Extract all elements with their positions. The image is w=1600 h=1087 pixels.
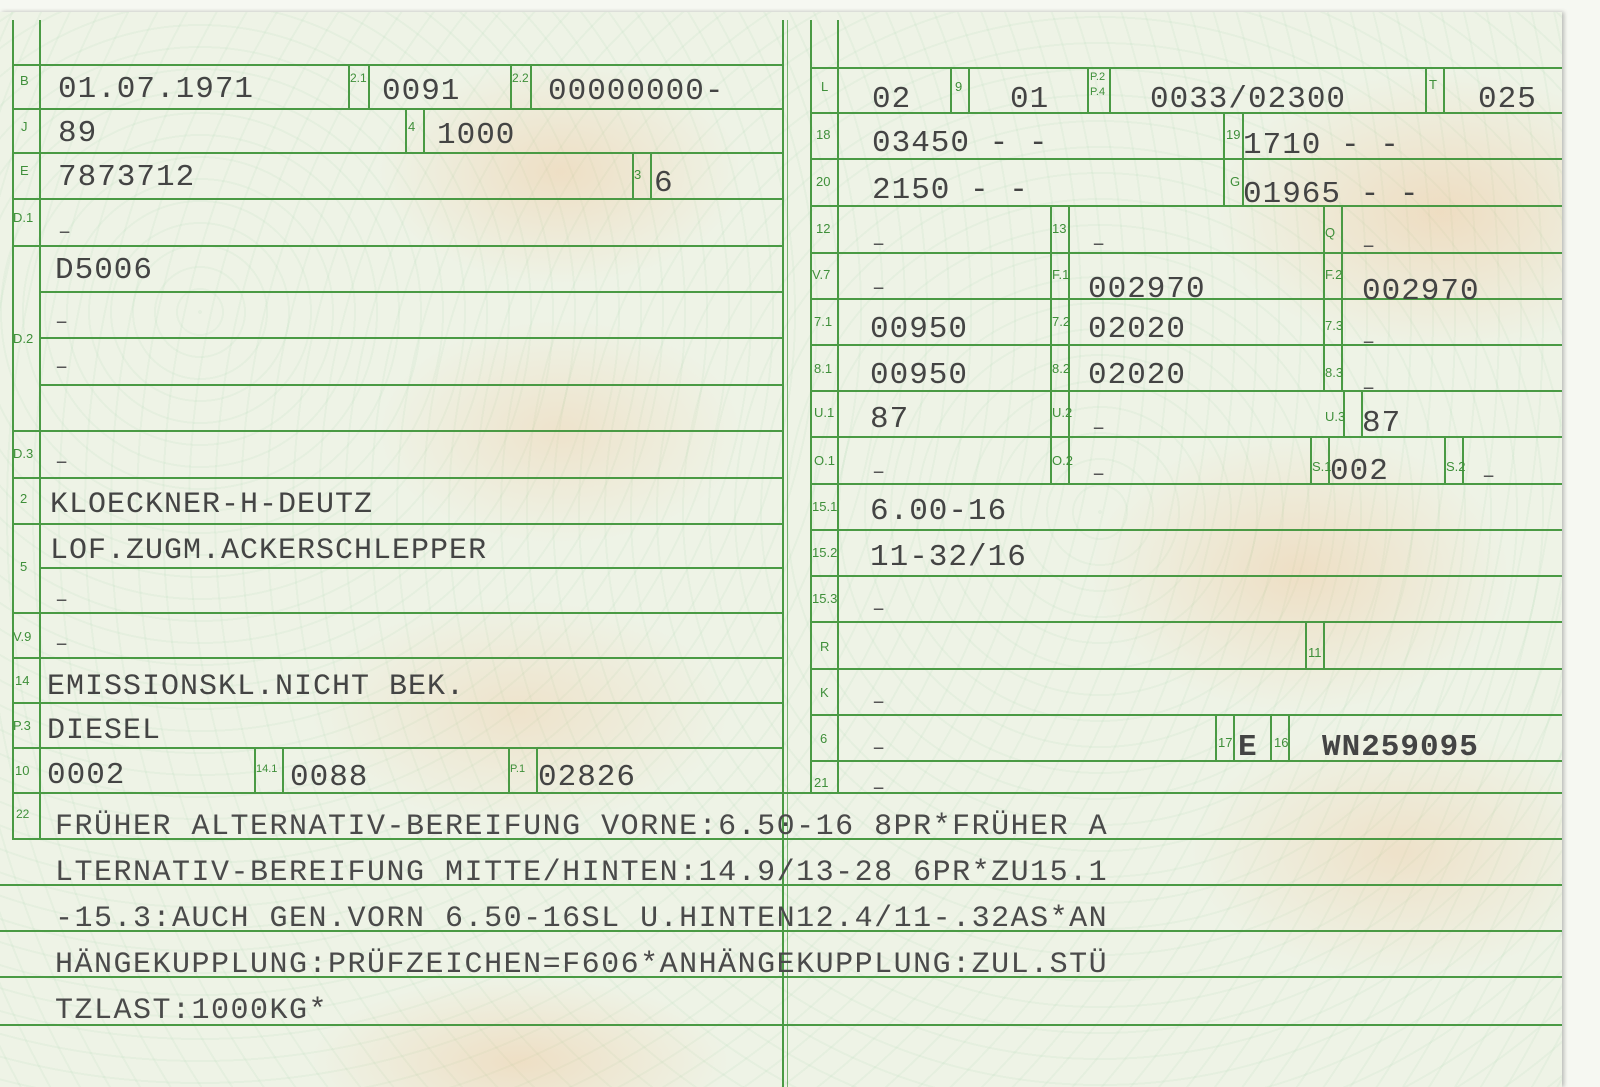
field-V7-co2: –: [872, 278, 885, 300]
field-S2-standing-places: –: [1482, 466, 1495, 488]
field-label-16: 16: [1274, 736, 1288, 749]
field-Q-power-weight: –: [1362, 236, 1375, 258]
field-T-max-speed: 025: [1478, 84, 1537, 115]
field-label-21: 21: [814, 776, 828, 789]
grid-line: [810, 483, 1562, 485]
grid-line: [837, 20, 839, 792]
grid-line: [1068, 205, 1070, 483]
grid-line: [12, 657, 782, 659]
grid-line: [12, 245, 782, 247]
field-F2-permissible-mass: 002970: [1362, 276, 1480, 307]
field-15-3-other-tyres: –: [872, 599, 885, 621]
field-label-2-2: 2.2: [512, 72, 529, 84]
grid-line: [650, 152, 652, 198]
field-14-1-emission-key: 0088: [290, 762, 368, 793]
grid-line: [810, 252, 1562, 254]
field-label-12: 12: [816, 222, 830, 235]
field-V9-emission-class: –: [55, 634, 68, 656]
field-O2-unbraked-trailer-load: –: [1092, 464, 1105, 486]
field-7-3-axle-load: –: [1362, 332, 1375, 354]
field-15-2-rear-tyres: 11-32/16: [870, 542, 1027, 573]
field-label-F2: F.2: [1325, 268, 1342, 281]
field-label-D2: D.2: [13, 332, 33, 345]
field-label-7-1: 7.1: [814, 315, 832, 328]
field-label-S1: S.1: [1312, 460, 1332, 473]
grid-line: [39, 384, 782, 386]
remarks-line-3: -15.3:AUCH GEN.VORN 6.50-16SL U.HINTEN12…: [55, 904, 1108, 934]
grid-line: [39, 792, 41, 838]
grid-line: [1305, 621, 1307, 668]
field-4-body-type: 1000: [437, 120, 515, 151]
field-label-9: 9: [955, 80, 962, 93]
field-label-D1: D.1: [13, 211, 33, 224]
grid-line: [12, 152, 782, 154]
field-label-8-1: 8.1: [814, 362, 832, 375]
field-P2-P4-power-rpm: 0033/02300: [1150, 84, 1346, 115]
field-label-G: G: [1230, 175, 1240, 188]
field-label-E: E: [20, 164, 29, 177]
field-U3-drive-noise: 87: [1362, 408, 1401, 439]
field-21-other-notes: –: [872, 778, 885, 800]
grid-line: [810, 436, 1562, 438]
field-label-P1: P.1: [510, 764, 525, 775]
field-8-2-axle-load: 02020: [1088, 360, 1186, 391]
grid-line: [810, 67, 1562, 69]
field-label-P4: P.4: [1090, 87, 1105, 98]
field-label-4: 4: [408, 120, 415, 133]
grid-line: [1425, 67, 1427, 112]
grid-line: [12, 20, 14, 815]
field-D3-trade-name: –: [55, 452, 68, 474]
grid-line: [1341, 205, 1343, 390]
field-S1-seats: 002: [1330, 456, 1389, 487]
field-label-V7: V.7: [812, 268, 830, 281]
field-P3-fuel-type: DIESEL: [47, 716, 161, 746]
field-7-2-axle-load: 02020: [1088, 314, 1186, 345]
grid-line: [810, 529, 1562, 531]
field-label-14: 14: [15, 674, 29, 687]
grid-line: [810, 668, 1562, 670]
grid-line: [282, 747, 284, 792]
field-label-10: 10: [15, 764, 29, 777]
field-5-vehicle-type-line-2: –: [55, 590, 68, 612]
grid-line: [12, 477, 782, 479]
field-label-14-1: 14.1: [256, 764, 277, 775]
field-10-emission-code: 0002: [47, 760, 125, 791]
field-label-13: 13: [1052, 222, 1066, 235]
field-2-2-type-code: 00000000-: [548, 76, 724, 107]
grid-line: [810, 20, 812, 792]
grid-line: [1443, 67, 1445, 112]
remarks-line-4: HÄNGEKUPPLUNG:PRÜFZEICHEN=F606*ANHÄNGEKU…: [55, 950, 1108, 980]
field-label-11: 11: [1308, 646, 1322, 659]
grid-line: [405, 108, 407, 152]
field-label-O1: O.1: [814, 454, 835, 467]
grid-line: [810, 714, 1562, 716]
field-L-axles: 02: [872, 84, 911, 115]
field-label-3: 3: [634, 168, 641, 181]
grid-line: [1087, 67, 1089, 112]
field-D2-version-line-3: –: [55, 357, 68, 379]
field-label-6: 6: [820, 732, 827, 745]
field-15-1-front-tyres: 6.00-16: [870, 496, 1007, 527]
field-P1-displacement: 02826: [538, 762, 636, 793]
field-5-vehicle-type-line-1: LOF.ZUGM.ACKERSCHLEPPER: [50, 536, 487, 566]
field-18-length: 03450 - -: [872, 128, 1048, 159]
field-20-height: 2150 - -: [872, 175, 1029, 206]
field-label-18: 18: [816, 128, 830, 141]
grid-line: [12, 430, 782, 432]
grid-line: [12, 64, 782, 66]
grid-line: [950, 67, 952, 112]
field-2-1-manufacturer-code: 0091: [382, 76, 460, 107]
grid-line: [530, 64, 532, 108]
field-17-approval-type: E: [1238, 732, 1258, 763]
field-G-empty-mass: 01965 - -: [1243, 179, 1419, 210]
remarks-line-1: FRÜHER ALTERNATIV-BEREIFUNG VORNE:6.50-1…: [55, 812, 1108, 842]
grid-line: [810, 621, 1562, 623]
field-label-V9: V.9: [13, 630, 31, 643]
field-label-Q: Q: [1325, 226, 1335, 239]
grid-line: [12, 523, 782, 525]
field-D1-make: –: [58, 222, 71, 244]
field-2-manufacturer: KLOECKNER-H-DEUTZ: [50, 490, 373, 520]
field-label-P2: P.2: [1090, 72, 1105, 83]
field-label-R: R: [820, 640, 829, 653]
field-E-vin: 7873712: [58, 162, 195, 193]
field-label-2: 2: [20, 492, 27, 505]
field-D2-type-line-1: D5006: [55, 255, 153, 286]
field-K-type-approval: –: [872, 692, 885, 714]
grid-line: [39, 291, 782, 293]
field-J-vehicle-class: 89: [58, 118, 97, 149]
field-label-S2: S.2: [1446, 460, 1466, 473]
field-label-15-2: 15.2: [812, 546, 837, 559]
field-7-1-axle-load: 00950: [870, 314, 968, 345]
grid-line: [1109, 67, 1111, 112]
field-16-document-number: WN259095: [1322, 732, 1479, 763]
field-6-approval-date: –: [872, 738, 885, 760]
grid-line: [1223, 112, 1225, 205]
field-O1-braked-trailer-load: –: [872, 462, 885, 484]
field-label-8-2: 8.2: [1052, 362, 1070, 375]
field-F1-max-mass: 002970: [1088, 274, 1206, 305]
field-label-15-3: 15.3: [812, 592, 837, 605]
field-8-1-axle-load: 00950: [870, 360, 968, 391]
grid-line: [39, 20, 41, 815]
field-9-driven-axles: 01: [1010, 84, 1049, 115]
field-label-7-3: 7.3: [1325, 319, 1343, 332]
grid-line: [1323, 621, 1325, 668]
grid-line: [12, 792, 1562, 794]
registration-document: B 01.07.1971 2.1 0091 2.2 00000000- J 89…: [0, 12, 1562, 1087]
field-label-19: 19: [1226, 128, 1240, 141]
field-label-U1: U.1: [814, 406, 834, 419]
field-label-5: 5: [20, 560, 27, 573]
field-label-P3: P.3: [13, 719, 31, 732]
field-label-O2: O.2: [1052, 454, 1073, 467]
grid-line: [810, 575, 1562, 577]
field-D2-variant-line-2: –: [55, 312, 68, 334]
grid-line: [968, 67, 970, 112]
field-19-width: 1710 - -: [1243, 130, 1400, 161]
field-12-tank-capacity: –: [872, 234, 885, 256]
field-label-20: 20: [816, 175, 830, 188]
field-label-K: K: [820, 686, 829, 699]
grid-line: [1270, 714, 1272, 760]
field-label-U3: U.3: [1325, 410, 1345, 423]
field-U2-engine-speed: –: [1092, 418, 1105, 440]
grid-line: [12, 612, 782, 614]
field-3-check-digit: 6: [654, 168, 674, 199]
grid-line: [1215, 714, 1217, 760]
remarks-line-2: LTERNATIV-BEREIFUNG MITTE/HINTEN:14.9/13…: [55, 858, 1108, 888]
field-8-3-axle-load: –: [1362, 378, 1375, 400]
field-label-B: B: [20, 74, 29, 87]
field-label-D3: D.3: [13, 447, 33, 460]
field-label-7-2: 7.2: [1052, 315, 1070, 328]
remarks-line-5: TZLAST:1000KG*: [55, 996, 328, 1026]
field-14-emission-designation: EMISSIONSKL.NICHT BEK.: [47, 672, 465, 702]
grid-line: [1050, 205, 1052, 483]
grid-line: [1233, 714, 1235, 760]
field-label-L: L: [821, 80, 828, 93]
field-B-first-registration-date: 01.07.1971: [58, 74, 254, 105]
field-label-F1: F.1: [1052, 268, 1069, 281]
field-U1-stationary-noise: 87: [870, 404, 909, 435]
field-13-support-load: –: [1092, 234, 1105, 256]
field-label-J: J: [21, 120, 28, 133]
field-label-U2: U.2: [1052, 406, 1072, 419]
field-label-22: 22: [16, 808, 29, 820]
field-label-T: T: [1429, 78, 1437, 91]
field-label-17: 17: [1218, 736, 1232, 749]
field-label-2-1: 2.1: [350, 72, 367, 84]
grid-line: [368, 64, 370, 108]
grid-line: [39, 337, 782, 339]
grid-line: [423, 108, 425, 152]
field-label-8-3: 8.3: [1325, 366, 1343, 379]
grid-line: [12, 792, 14, 838]
field-label-15-1: 15.1: [812, 500, 837, 513]
